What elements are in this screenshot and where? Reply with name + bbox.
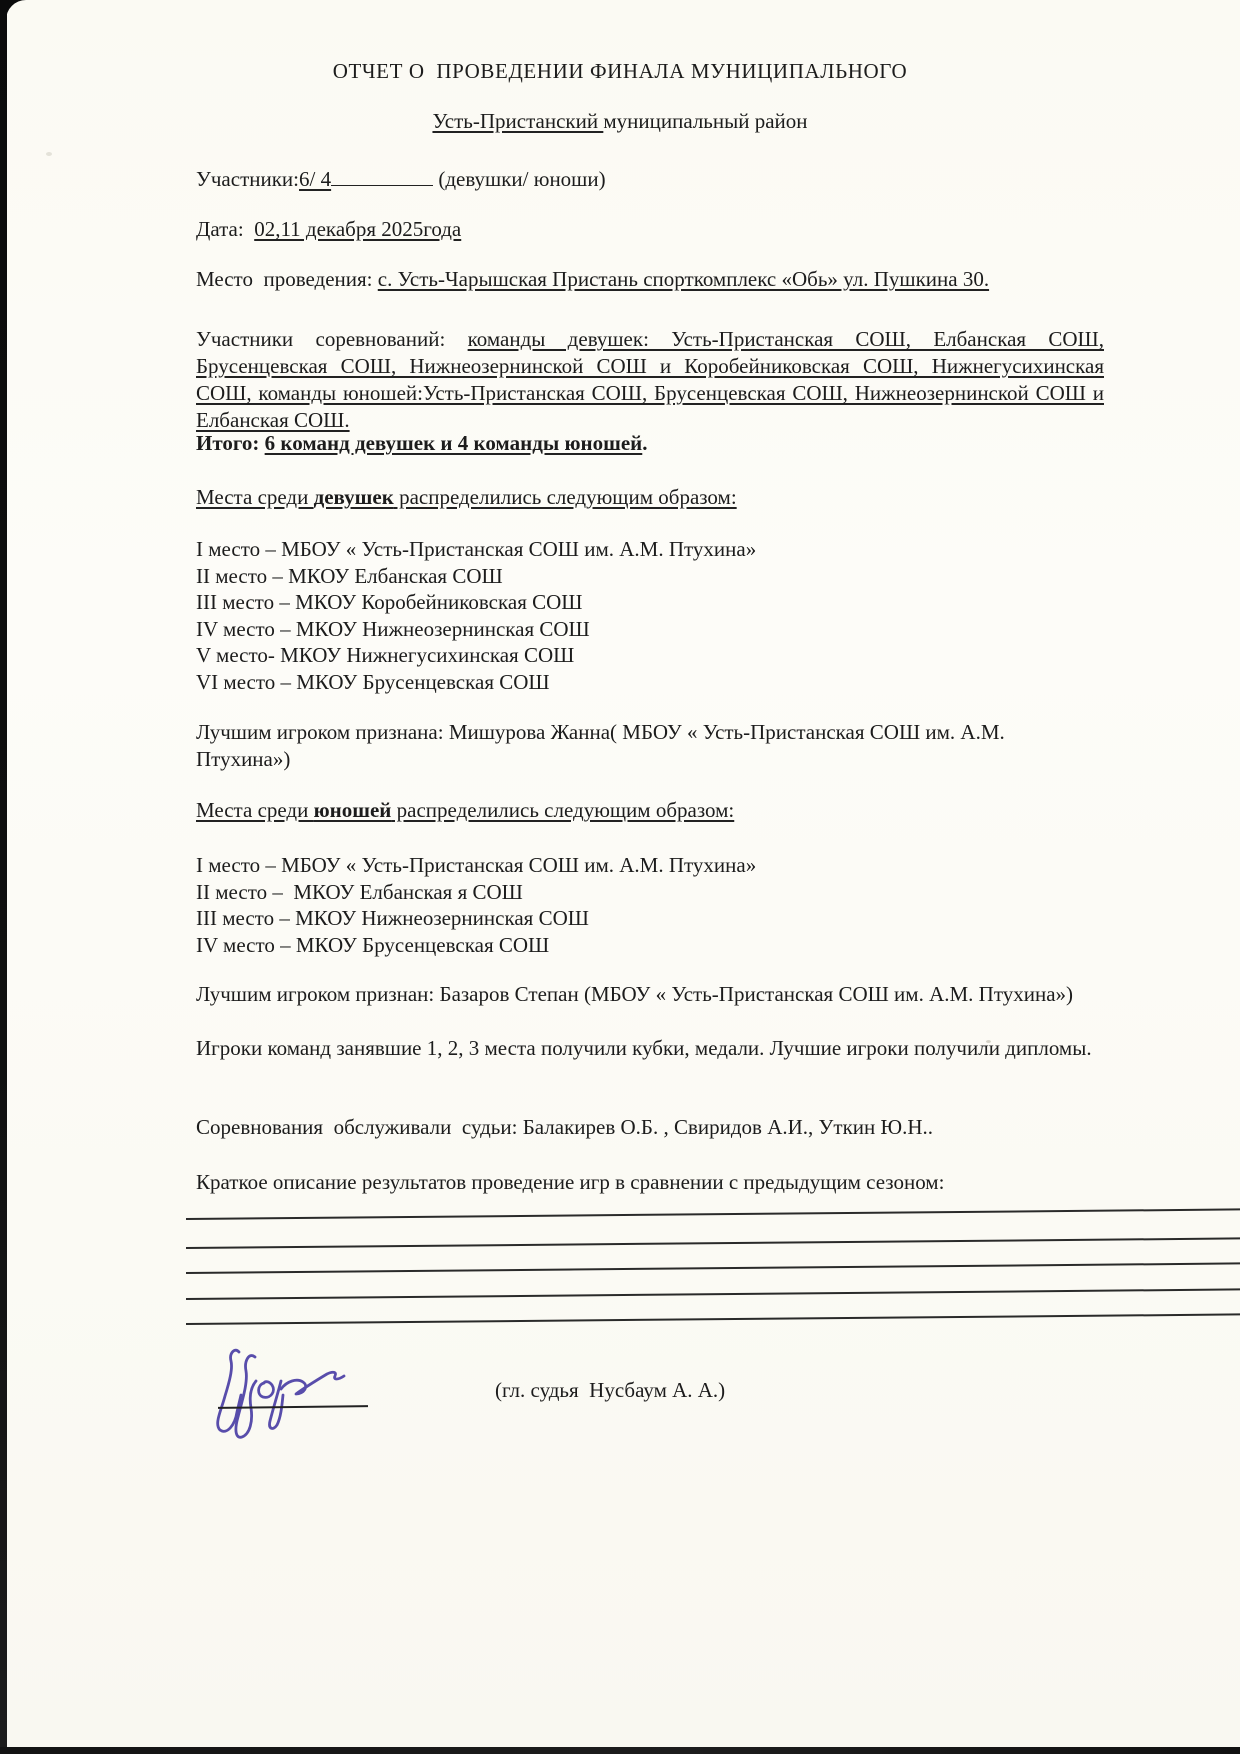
girls-place-row: IV место – МКОУ Нижнеозернинская СОШ	[196, 616, 1104, 643]
girls-best-player: Лучшим игроком признана: Мишурова Жанна(…	[196, 719, 1104, 773]
venue-field: Место проведения: с. Усть-Чарышская Прис…	[196, 266, 1104, 293]
total-label: Итого:	[196, 431, 265, 455]
blank-writing-line	[186, 1237, 1240, 1249]
blank-writing-line	[186, 1208, 1240, 1220]
participants-field: Участники:6/ 4 (девушки/ юноши)	[196, 164, 1104, 193]
boys-place-row: II место – МКОУ Елбанская я СОШ	[196, 879, 1104, 906]
summary-prompt: Краткое описание результатов проведение …	[196, 1169, 1104, 1196]
girls-heading-word: девушек	[314, 485, 394, 509]
scan-edge-left	[0, 0, 7, 1754]
total-value: 6 команд девушек и 4 команды юношей	[265, 431, 643, 455]
referees-line: Соревнования обслуживали судьи: Балакире…	[196, 1114, 1104, 1141]
date-value: 02,11 декабря 2025года	[254, 217, 461, 241]
total-period: .	[642, 431, 647, 455]
girls-places-list: I место – МБОУ « Усть-Пристанская СОШ им…	[196, 536, 1104, 695]
awards-paragraph: Игроки команд занявшие 1, 2, 3 места пол…	[196, 1035, 1104, 1062]
girls-place-row: I место – МБОУ « Усть-Пристанская СОШ им…	[196, 536, 1104, 563]
scanned-report-page: ОТЧЕТ О ПРОВЕДЕНИИ ФИНАЛА МУНИЦИПАЛЬНОГО…	[0, 0, 1240, 1754]
teams-total: Итого: 6 команд девушек и 4 команды юнош…	[196, 430, 1104, 457]
boys-places-list: I место – МБОУ « Усть-Пристанская СОШ им…	[196, 852, 1104, 958]
girls-place-row: V место- МКОУ Нижнегусихинская СОШ	[196, 642, 1104, 669]
girls-heading-post: распределились следующим образом:	[394, 485, 737, 509]
teams-intro: Участники соревнований:	[196, 327, 468, 351]
venue-value: с. Усть-Чарышская Пристань спорткомплекс…	[378, 267, 989, 291]
girls-place-row: II место – МКОУ Елбанская СОШ	[196, 563, 1104, 590]
boys-heading: Места среди юношей распределились следую…	[196, 797, 1104, 824]
boys-place-row: I место – МБОУ « Усть-Пристанская СОШ им…	[196, 852, 1104, 879]
boys-place-row: IV место – МКОУ Брусенцевская СОШ	[196, 932, 1104, 959]
girls-heading: Места среди девушек распределились следу…	[196, 484, 1104, 511]
report-region: Усть-Пристанский муниципальный район	[0, 108, 1240, 135]
boys-heading-pre: Места среди	[196, 798, 314, 822]
venue-label: Место проведения:	[196, 267, 378, 291]
boys-best-player: Лучшим игроком признан: Базаров Степан (…	[196, 981, 1138, 1008]
teams-paragraph: Участники соревнований: команды девушек:…	[196, 326, 1104, 434]
date-label: Дата:	[196, 217, 254, 241]
girls-heading-pre: Места среди	[196, 485, 314, 509]
paper-rounded-corner	[6, 0, 40, 60]
boys-place-row: III место – МКОУ Нижнеозернинская СОШ	[196, 905, 1104, 932]
scan-speck	[46, 152, 52, 156]
participants-blank-underline	[331, 164, 433, 186]
participants-value: 6/ 4	[299, 167, 331, 191]
participants-note: (девушки/ юноши)	[433, 167, 605, 191]
signature-caption: (гл. судья Нусбаум А. А.)	[495, 1378, 725, 1403]
date-field: Дата: 02,11 декабря 2025года	[196, 216, 1104, 243]
region-name: Усть-Пристанский	[432, 109, 603, 133]
report-title: ОТЧЕТ О ПРОВЕДЕНИИ ФИНАЛА МУНИЦИПАЛЬНОГО	[0, 58, 1240, 85]
blank-writing-line	[186, 1288, 1240, 1300]
region-rest: муниципальный район	[603, 109, 807, 133]
girls-place-row: III место – МКОУ Коробейниковская СОШ	[196, 589, 1104, 616]
boys-heading-post: распределились следующим образом:	[391, 798, 734, 822]
scan-edge-bottom	[0, 1747, 1240, 1754]
handwritten-signature	[185, 1338, 385, 1446]
summary-blank-lines	[186, 1218, 1240, 1330]
boys-heading-word: юношей	[314, 798, 392, 822]
participants-label: Участники:	[196, 167, 299, 191]
blank-writing-line	[186, 1262, 1240, 1274]
girls-place-row: VI место – МКОУ Брусенцевская СОШ	[196, 669, 1104, 696]
blank-writing-line	[186, 1313, 1240, 1325]
